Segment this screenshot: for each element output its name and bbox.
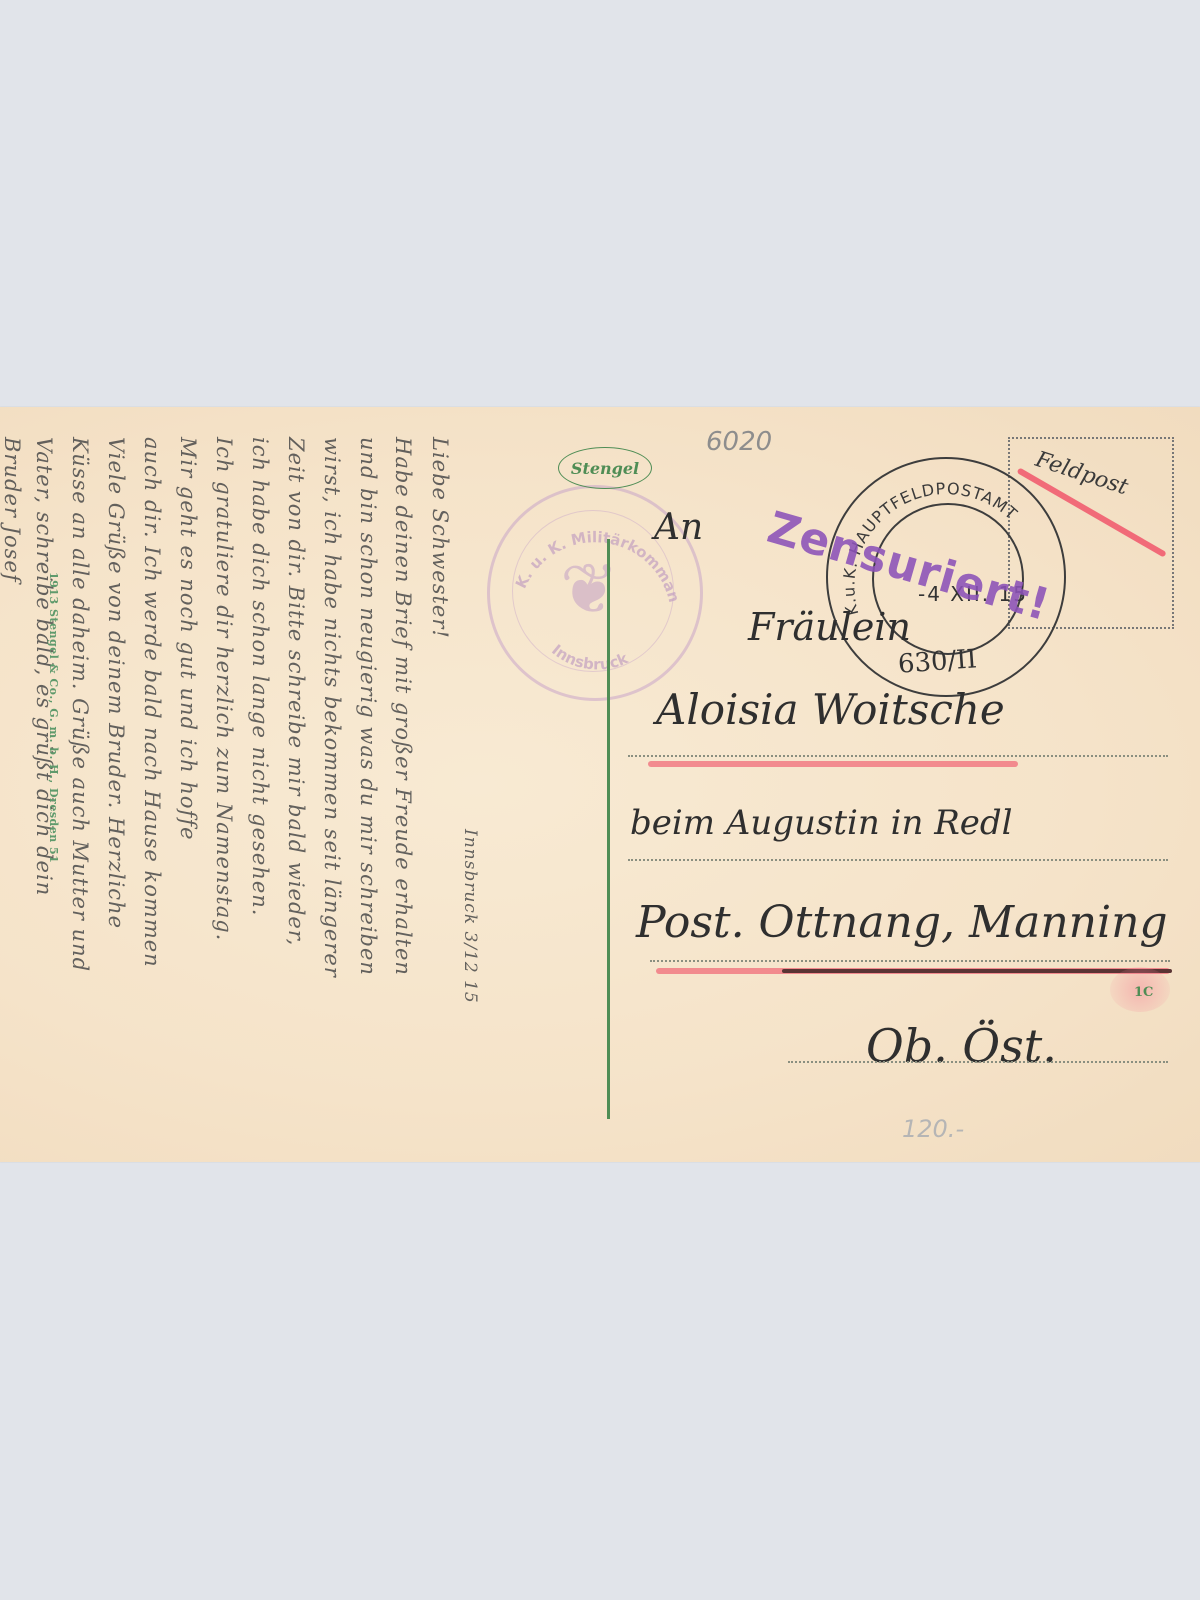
svg-text:Innsbruck: Innsbruck: [548, 641, 631, 674]
message-line: Viele Grüße von deinem Bruder. Herzliche: [104, 437, 128, 929]
address-line3: Post. Ottnang, Manning: [636, 897, 1168, 948]
postmark-number: 630/II: [897, 644, 978, 679]
message-line: Bruder Josef: [0, 437, 24, 583]
brand-logo: Stengel: [558, 447, 652, 489]
address-line-2: [628, 859, 1168, 861]
card-code: 1C: [1134, 985, 1153, 1000]
address-line2: beim Augustin in Redl: [630, 803, 1013, 843]
card-divider: [607, 539, 610, 1119]
message-line: Mir geht es noch gut und ich hoffe: [176, 437, 200, 841]
message-date: Innsbruck 3/12 15: [460, 829, 480, 1004]
address-line-1: [628, 755, 1168, 757]
address-prefix: An: [654, 507, 703, 548]
message-line: Habe deinen Brief mit großer Freude erha…: [391, 437, 415, 976]
message-line: wirst, ich habe nichts bekommen seit län…: [320, 437, 344, 978]
message-line: und bin schon neugierig was du mir schre…: [356, 437, 380, 976]
address-line-4: [788, 1061, 1168, 1063]
postcard: Innsbruck 3/12 15 Liebe Schwester! Habe …: [0, 407, 1200, 1162]
ink-underline-town: [782, 969, 1172, 973]
address-title: Fräulein: [748, 605, 911, 649]
message-line: auch dir. Ich werde bald nach Hause komm…: [140, 437, 164, 968]
handwritten-message: Innsbruck 3/12 15 Liebe Schwester! Habe …: [10, 427, 480, 1147]
address-line4: Ob. Öst.: [866, 1019, 1057, 1073]
message-line: Ich gratuliere dir herzlich zum Namensta…: [212, 437, 236, 941]
address-name: Aloisia Woitsche: [656, 685, 1005, 734]
message-line: Liebe Schwester!: [428, 437, 452, 639]
pencil-note-top: 6020: [706, 427, 772, 457]
pencil-note-price: 120.-: [902, 1115, 964, 1143]
message-line: ich habe dich schon lange nicht gesehen.: [248, 437, 272, 916]
address-line-3: [650, 960, 1170, 962]
printer-imprint: 1913 Stengel & Co., G. m. b. H., Dresden…: [47, 572, 60, 863]
message-line: Küsse an alle daheim. Grüße auch Mutter …: [68, 437, 92, 972]
red-underline-name: [648, 761, 1018, 767]
message-line: Zeit von dir. Bitte schreibe mir bald wi…: [284, 437, 308, 946]
